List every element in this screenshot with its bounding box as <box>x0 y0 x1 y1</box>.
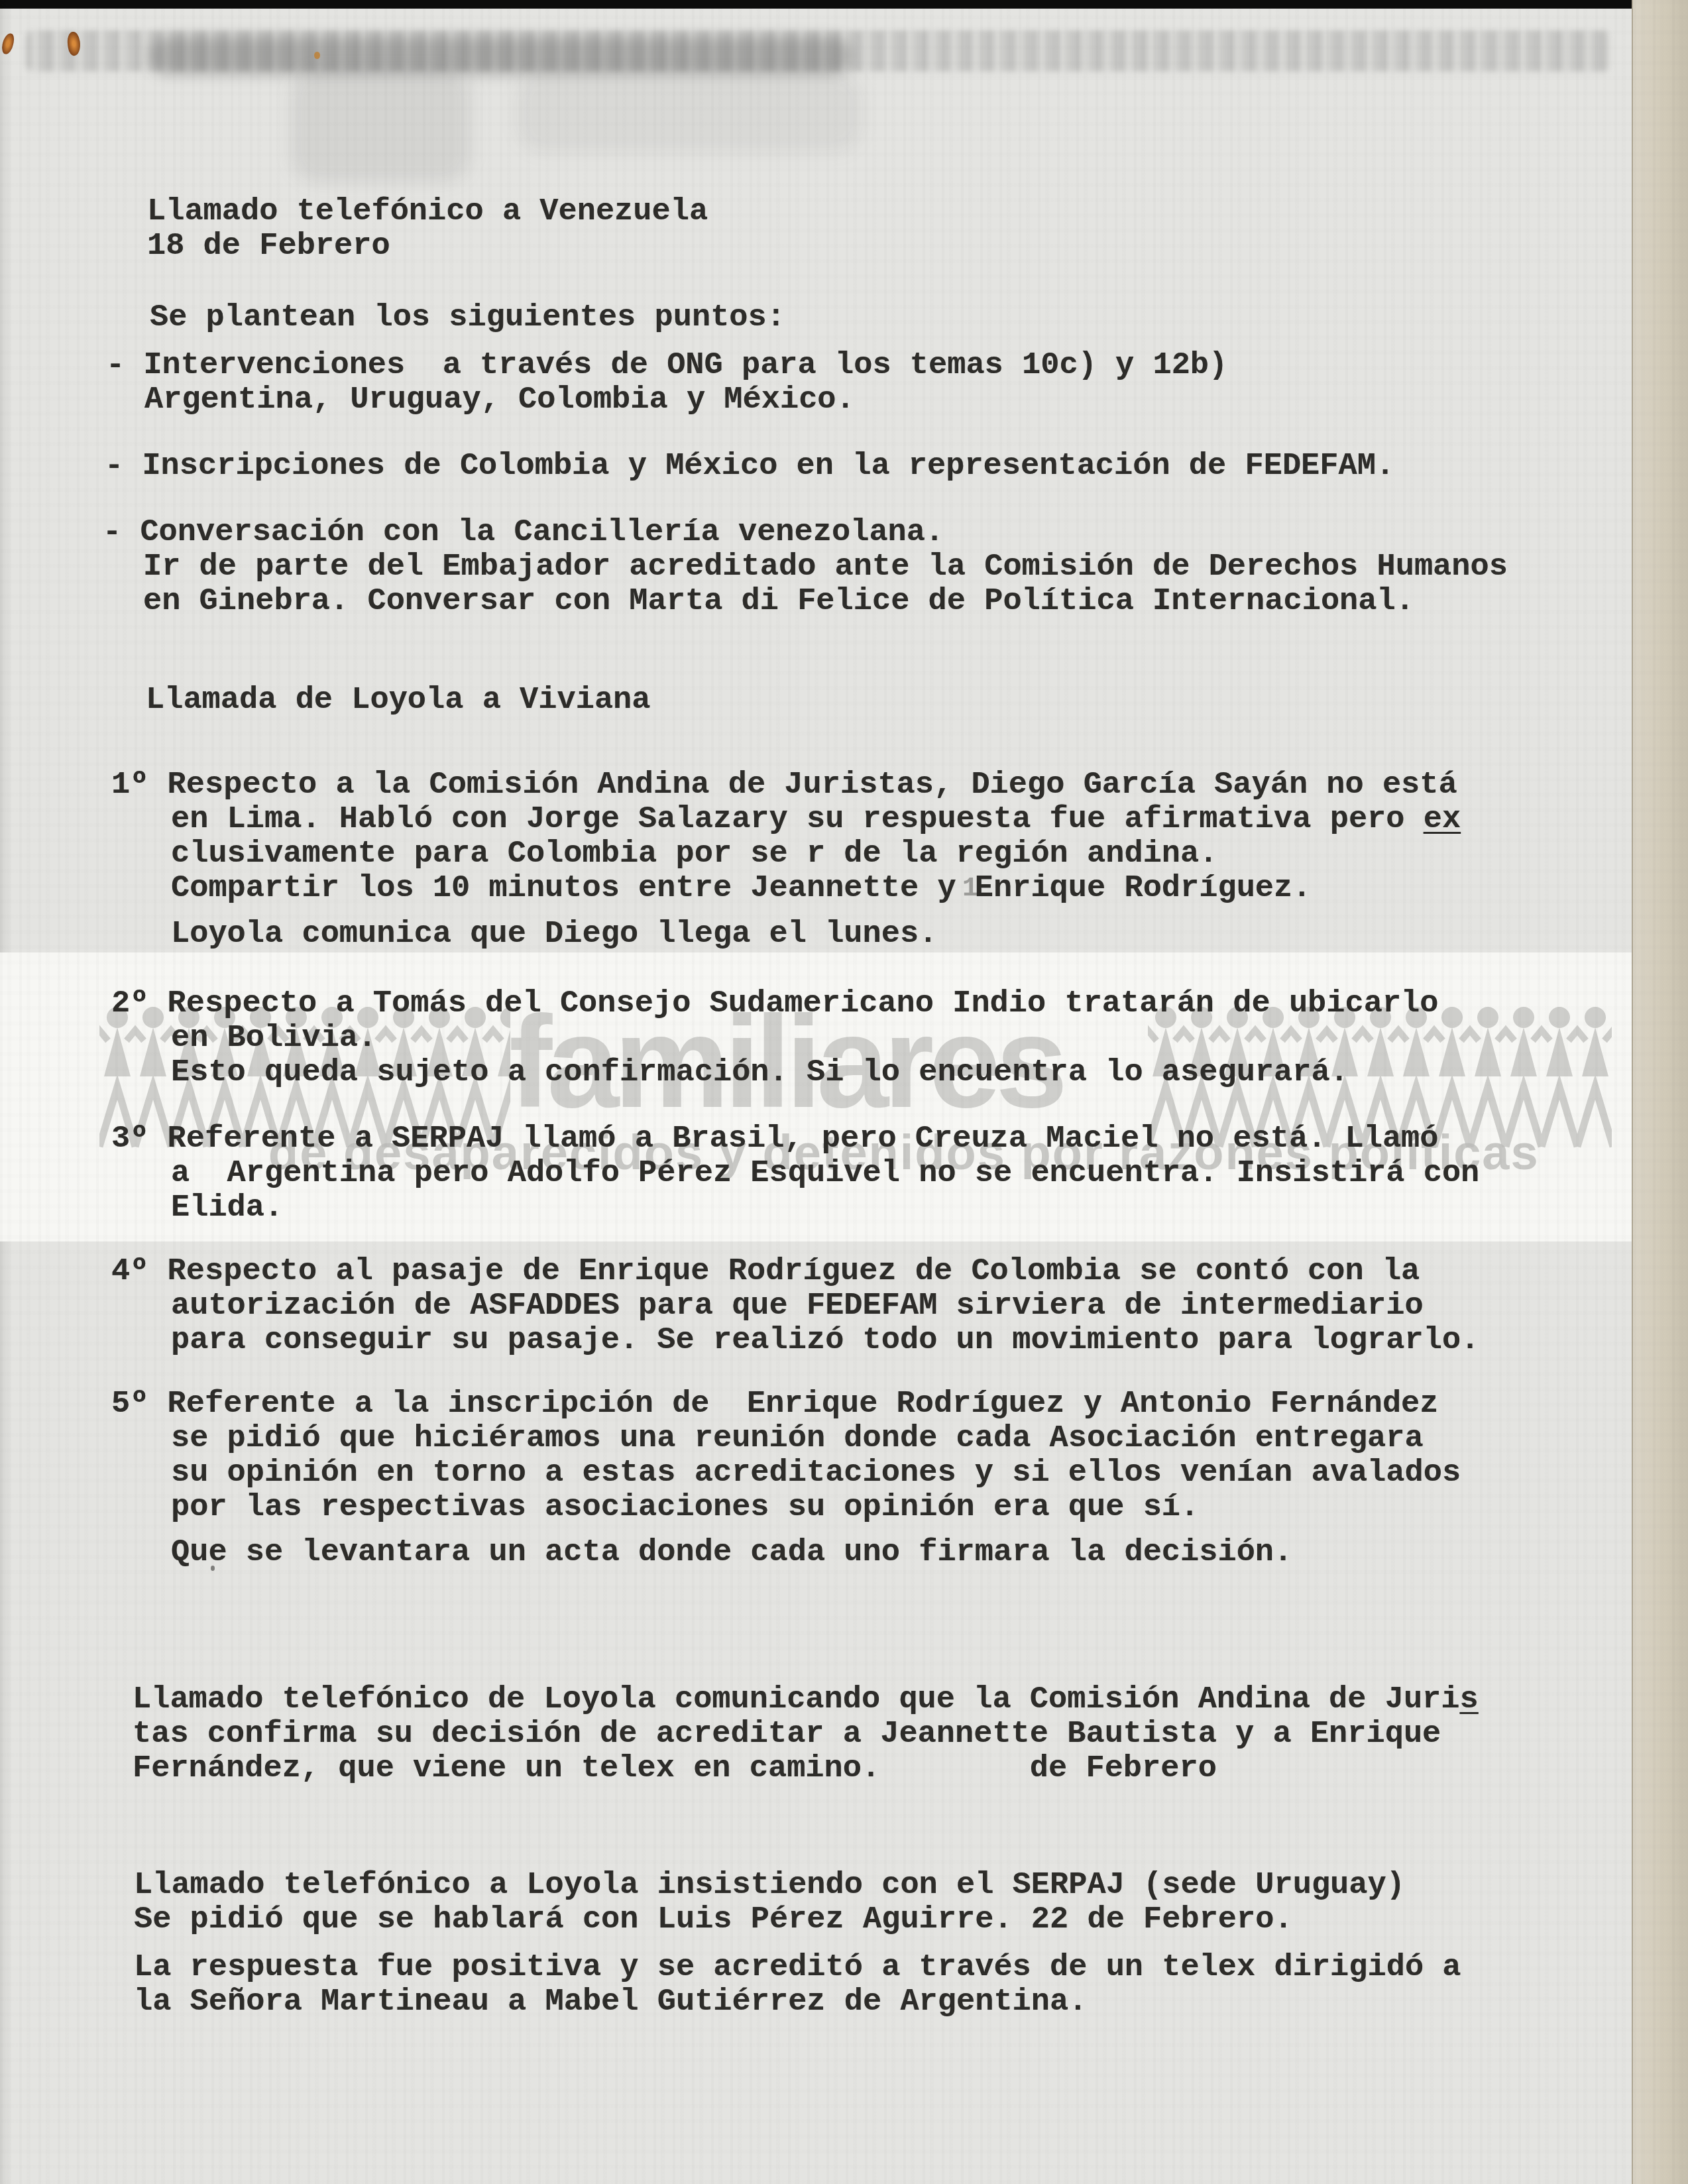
text-line-bullet: - Conversación con la Cancillería venezo… <box>103 516 944 550</box>
text-line: Llamado telefónico de Loyola comunicando… <box>133 1684 1479 1717</box>
text-line: Se pidió que se hablará con Luis Pérez A… <box>134 1904 1293 1937</box>
text-line-item-4: 4º Respecto al pasaje de Enrique Rodrígu… <box>111 1255 1420 1289</box>
text-line: tas confirma su decisión de acreditar a … <box>133 1718 1441 1752</box>
text-line-bullet: - Intervenciones a través de ONG para lo… <box>106 349 1227 383</box>
text-line: en Lima. Habló con Jorge Salazary su res… <box>171 803 1461 837</box>
text-line: por las respectivas asociaciones su opin… <box>171 1491 1199 1525</box>
photocopy-noise-streak <box>292 70 471 182</box>
scan-top-edge <box>0 0 1688 9</box>
text-line: Que se levantara un acta donde cada uno … <box>171 1536 1292 1570</box>
faint-mark: 1 <box>962 875 978 903</box>
text-line: su opinión en torno a estas acreditacion… <box>171 1457 1461 1491</box>
text-line-title: Llamado telefónico a Venezuela <box>147 196 708 229</box>
photocopy-noise-streak <box>517 73 862 152</box>
text-line: Fernández, que viene un telex en camino.… <box>133 1753 1217 1786</box>
text-line: clusivamente para Colombia por se r de l… <box>171 838 1217 872</box>
text-line: Ir de parte del Embajador acreditado ant… <box>143 551 1508 585</box>
text-segment: Llamado telefónico de Loyola comunicando… <box>133 1682 1460 1717</box>
text-line: Esto queda sujeto a confirmación. Si lo … <box>171 1057 1349 1090</box>
text-line-item-5: 5º Referente a la inscripción de Enrique… <box>111 1388 1439 1422</box>
page-right-edge-strip <box>1632 0 1688 2184</box>
text-line: la Señora Martineau a Mabel Gutiérrez de… <box>134 1986 1087 2020</box>
text-line: Compartir los 10 minutos entre Jeannette… <box>171 872 1311 906</box>
text-line: para conseguir su pasaje. Se realizó tod… <box>171 1324 1479 1358</box>
text-line: en Ginebra. Conversar con Marta di Felic… <box>143 585 1414 619</box>
text-line-item-2: 2º Respecto a Tomás del Consejo Sudameri… <box>111 988 1439 1021</box>
text-line: se pidió que hiciéramos una reunión dond… <box>171 1422 1424 1456</box>
text-line: a Argentina pero Adolfo Pérez Esquivel n… <box>171 1157 1479 1191</box>
text-segment: en Lima. Habló con Jorge Salazary su res… <box>171 802 1424 837</box>
text-line: Llamado telefónico a Loyola insistiendo … <box>134 1869 1405 1903</box>
text-line-item-1: 1º Respecto a la Comisión Andina de Juri… <box>111 769 1457 803</box>
text-line: Loyola comunica que Diego llega el lunes… <box>171 918 937 952</box>
text-line: Se plantean los siguientes puntos: <box>150 302 785 335</box>
text-line-date: 18 de Febrero <box>147 230 390 264</box>
text-line: autorización de ASFADDES para que FEDEFA… <box>171 1290 1424 1324</box>
text-line: Argentina, Uruguay, Colombia y México. <box>144 384 855 418</box>
text-line: en Bolivia. <box>171 1022 376 1056</box>
stray-ink-dot <box>211 1566 215 1571</box>
text-segment-underlined: s <box>1460 1682 1479 1717</box>
scanned-document-page: familiares de desaparecidos y detenidos … <box>0 0 1688 2184</box>
text-line: La respuesta fue positiva y se acreditó … <box>134 1951 1461 1985</box>
text-line-item-3: 3º Referente a SERPAJ llamó a Brasil, pe… <box>111 1123 1439 1157</box>
photocopy-noise-smudge <box>149 36 852 75</box>
text-line: Elida. <box>171 1192 283 1226</box>
text-line-bullet: - Inscripciones de Colombia y México en … <box>105 450 1394 484</box>
text-line-heading: Llamada de Loyola a Viviana <box>146 684 651 718</box>
text-segment-underlined: ex <box>1424 802 1461 837</box>
burn-speck <box>314 52 320 59</box>
